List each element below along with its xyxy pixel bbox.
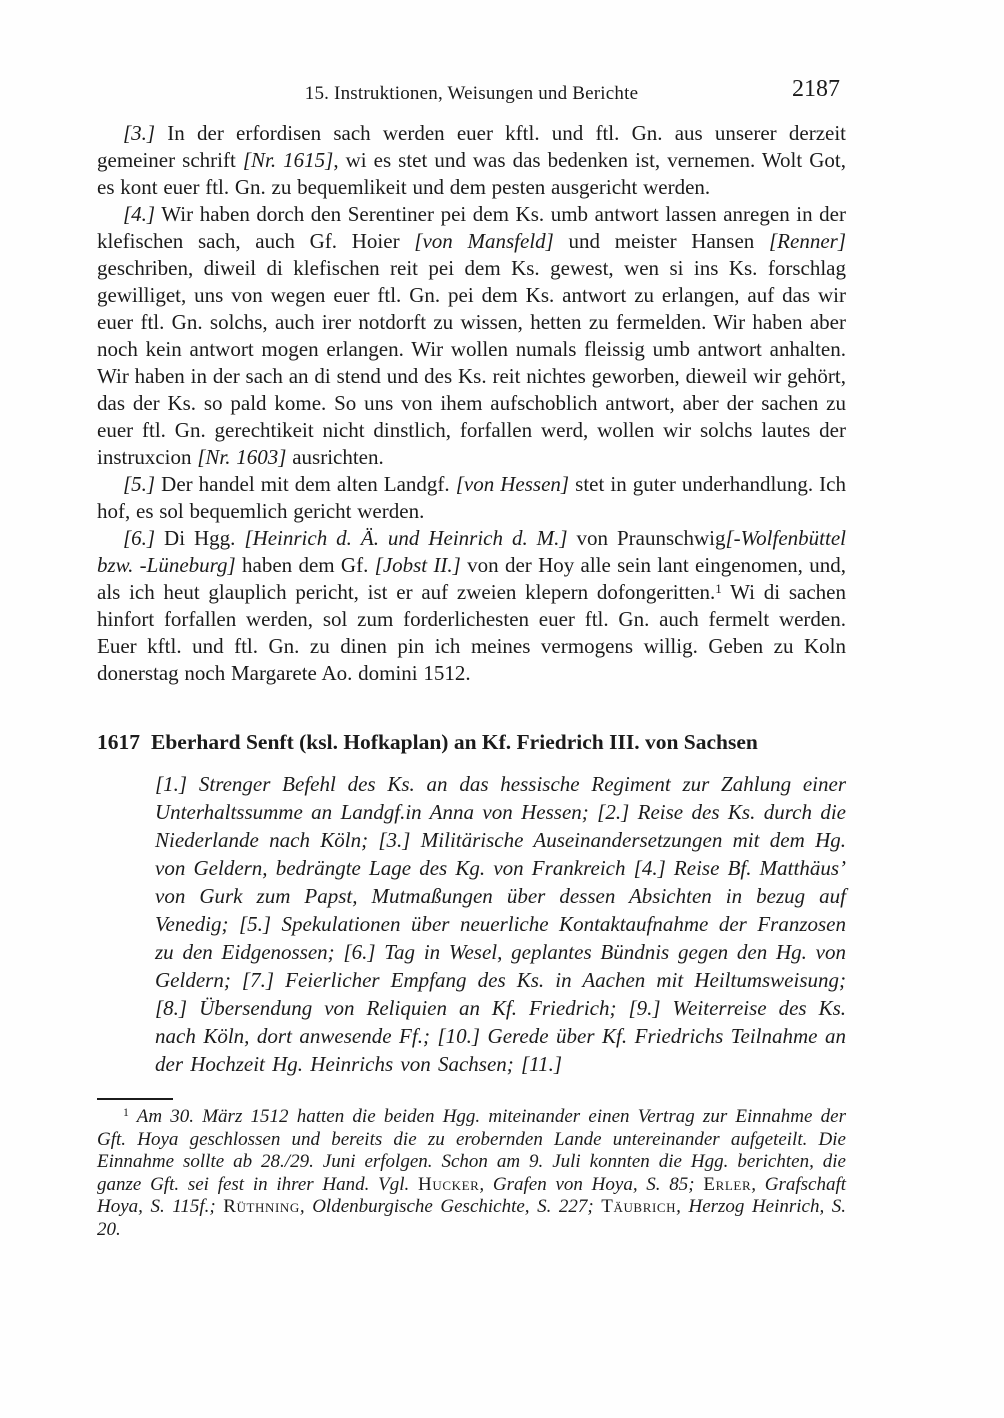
text-segment: [von Hessen] <box>456 472 569 496</box>
text-segment: [Renner] <box>769 229 846 253</box>
type-area: 15. Instruktionen, Weisungen und Bericht… <box>97 80 846 1241</box>
paragraph-6: [6.] Di Hgg. [Heinrich d. Ä. und Heinric… <box>97 525 846 687</box>
footnote-reference: 1 <box>123 1106 129 1119</box>
text-segment: Der handel mit dem alten Landgf. <box>155 472 456 496</box>
paragraph-3: [3.] In der erfordisen sach werden euer … <box>97 120 846 201</box>
text-segment: [Jobst II.] <box>375 553 461 577</box>
paragraph-5: [5.] Der handel mit dem alten Landgf. [v… <box>97 471 846 525</box>
text-segment: , <box>479 1174 493 1195</box>
text-segment: Täubrich <box>601 1196 676 1217</box>
text-segment: [1.] Strenger Befehl des Ks. an das hess… <box>155 772 846 1076</box>
text-segment: [von Mansfeld] <box>414 229 554 253</box>
paragraph-4: [4.] Wir haben dorch den Serentiner pei … <box>97 201 846 471</box>
text-segment: , <box>751 1174 765 1195</box>
text-segment: ausrichten. <box>286 445 383 469</box>
text-segment: [4.] <box>123 202 155 226</box>
text-segment: haben dem Gf. <box>236 553 375 577</box>
text-segment: geschriben, diweil di klefischen reit pe… <box>97 256 846 469</box>
text-segment: [Nr. 1615] <box>243 148 333 172</box>
book-page: 15. Instruktionen, Weisungen und Bericht… <box>0 0 1004 1418</box>
footnote-1: 1 Am 30. März 1512 hatten die beiden Hgg… <box>97 1106 846 1241</box>
entry-number: 1617 <box>97 729 140 756</box>
footnote-separator <box>97 1098 173 1100</box>
text-segment: [Heinrich d. Ä. und Heinrich d. M.] <box>244 526 567 550</box>
text-segment: [6.] <box>123 526 155 550</box>
text-segment: von Praunschwig <box>568 526 726 550</box>
footnote-reference: 1 <box>715 581 722 596</box>
text-segment: Di Hgg. <box>155 526 244 550</box>
entry-heading: 1617 Eberhard Senft (ksl. Hofkaplan) an … <box>97 729 846 756</box>
page-header: 15. Instruktionen, Weisungen und Bericht… <box>97 80 846 107</box>
entry-title: Eberhard Senft (ksl. Hofkaplan) an Kf. F… <box>151 729 758 756</box>
text-segment: [Nr. 1603] <box>197 445 286 469</box>
text-segment: , <box>300 1196 312 1217</box>
text-segment: Oldenburgische Geschichte, S. 227; <box>312 1196 601 1217</box>
text-segment: Hucker <box>418 1174 479 1195</box>
text-segment: [5.] <box>123 472 155 496</box>
text-segment: Grafen von Hoya, S. 85; <box>493 1174 703 1195</box>
page-number: 2187 <box>792 76 840 103</box>
entry-summary: [1.] Strenger Befehl des Ks. an das hess… <box>155 770 846 1078</box>
text-segment: , <box>676 1196 688 1217</box>
text-segment: Erler <box>703 1174 751 1195</box>
text-segment: und meister Hansen <box>554 229 769 253</box>
text-segment: [3.] <box>123 121 155 145</box>
text-segment: Rüthning <box>223 1196 300 1217</box>
running-title: 15. Instruktionen, Weisungen und Bericht… <box>97 80 846 107</box>
